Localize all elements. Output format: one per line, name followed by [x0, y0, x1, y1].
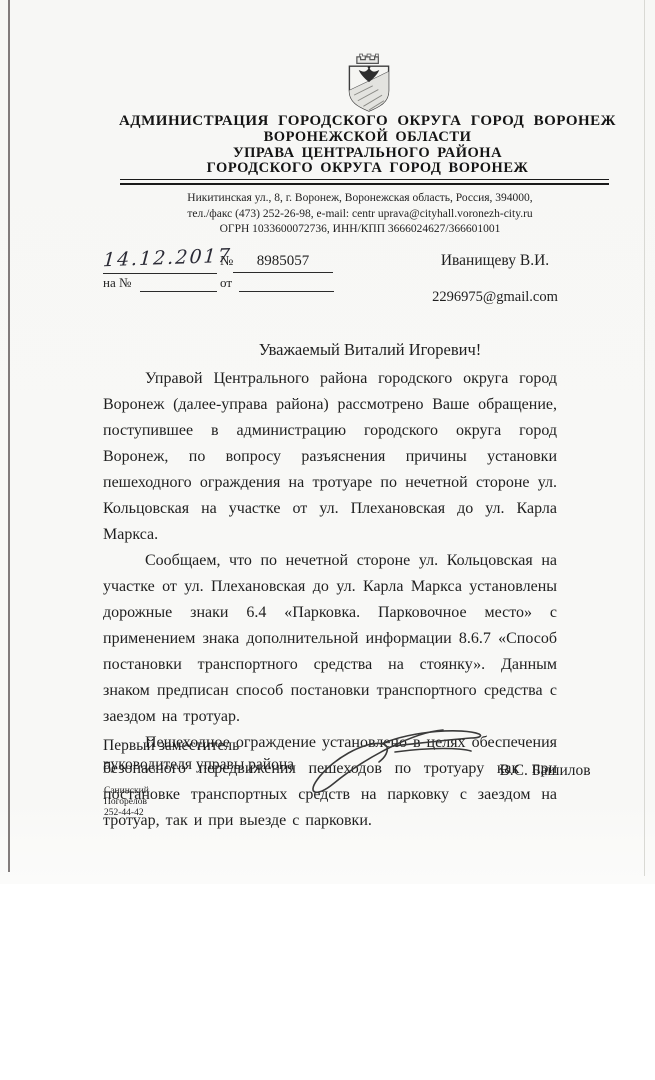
executor-name: Санинский [104, 786, 149, 797]
recipient-name: Иванищеву В.И. [410, 252, 580, 270]
executors-block: Санинский Погорелов 252-44-42 [104, 786, 149, 819]
org-name-line: ВОРОНЕЖСКОЙ ОБЛАСТИ [90, 130, 645, 146]
voronezh-coat-of-arms-icon [341, 52, 397, 119]
letterhead-contacts-block: Никитинская ул., 8, г. Воронеж, Воронежс… [110, 191, 610, 238]
outgoing-number-field: 8985057 [233, 247, 333, 273]
signer-position-line: руководителя управы района [103, 755, 294, 774]
reply-from-date-label: от [220, 275, 232, 291]
scan-edge-left-line [8, 0, 10, 872]
handwritten-signature [295, 718, 495, 813]
contact-line-phone-email: тел./факс (473) 252-26-98, e-mail: centr… [110, 207, 610, 223]
number-sign-label: № [220, 254, 233, 270]
letterhead-org-block: АДМИНИСТРАЦИЯ ГОРОДСКОГО ОКРУГА ГОРОД ВО… [90, 113, 645, 177]
outgoing-date-field: 14.12.2017 [103, 247, 217, 274]
scanned-letter: АДМИНИСТРАЦИЯ ГОРОДСКОГО ОКРУГА ГОРОД ВО… [0, 0, 655, 1080]
executor-phone: 252-44-42 [104, 808, 149, 819]
signer-name: В.С. Башилов [480, 762, 610, 780]
salutation: Уважаемый Виталий Игоревич! [160, 340, 580, 360]
org-name-line: ГОРОДСКОГО ОКРУГА ГОРОД ВОРОНЕЖ [90, 161, 645, 177]
contact-line-address: Никитинская ул., 8, г. Воронеж, Воронежс… [110, 191, 610, 207]
handwritten-date: 14.12.2017 [102, 245, 232, 272]
reply-date-blank-line [239, 275, 334, 292]
letterhead-divider-rule [120, 179, 609, 185]
signer-position-block: Первый заместитель руководителя управы р… [103, 736, 294, 774]
recipient-email: 2296975@gmail.com [410, 289, 580, 306]
reply-number-blank-line [140, 275, 217, 292]
org-name-line: УПРАВА ЦЕНТРАЛЬНОГО РАЙОНА [90, 146, 645, 162]
executor-name: Погорелов [104, 797, 149, 808]
signer-position-line: Первый заместитель [103, 736, 294, 755]
reply-to-number-label: на № [103, 275, 131, 291]
body-paragraph: Сообщаем, что по нечетной стороне ул. Ко… [103, 548, 557, 730]
body-paragraph: Управой Центрального района городского о… [103, 366, 557, 548]
contact-line-ogrn-inn: ОГРН 1033600072736, ИНН/КПП 3666024627/3… [110, 222, 610, 238]
org-name-line: АДМИНИСТРАЦИЯ ГОРОДСКОГО ОКРУГА ГОРОД ВО… [90, 113, 645, 130]
